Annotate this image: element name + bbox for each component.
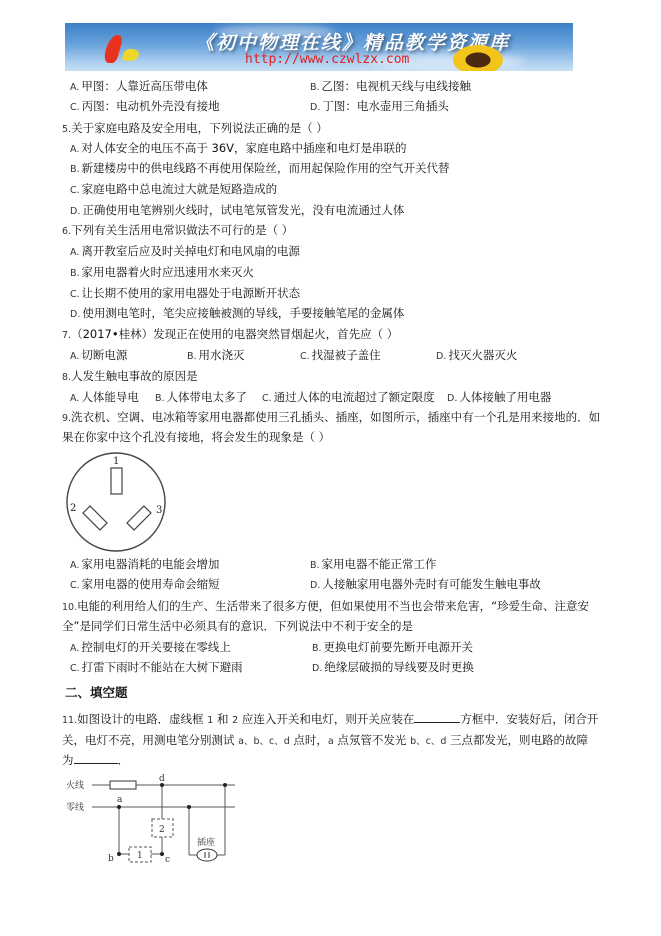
option-b: B.乙图：电视机天线与电线接触	[310, 79, 471, 95]
option-text: 人体带电太多了	[167, 390, 248, 404]
option-label: A.	[70, 144, 79, 155]
answer-blank-2[interactable]	[74, 763, 118, 764]
question-text: （2017•桂林）发现正在使用的电器突然冒烟起火，首先应（ ）	[71, 327, 398, 341]
header-banner: 《初中物理在线》精品教学资源库 http://www.czwlzx.com	[65, 23, 573, 71]
question-5-stem: 5.关于家庭电路及安全用电，下列说法正确的是（ ）	[62, 121, 328, 137]
option-text: 通过人体的电流超过了额定限度	[274, 390, 435, 404]
q6-option-c: C.让长期不使用的家用电器处于电源断开状态	[70, 286, 300, 302]
text-segment: 三点都发光，则电路的故障	[446, 733, 588, 747]
option-text: 对人体安全的电压不高于 36V，家庭电路中插座和电灯是串联的	[81, 141, 406, 155]
circuit-diagram: 火线 零线 a b c	[55, 770, 255, 870]
question-number: 9.	[62, 413, 71, 424]
option-label: C.	[70, 580, 80, 591]
option-text: 找灭火器灭火	[448, 348, 517, 362]
point-c-label: c	[165, 855, 170, 865]
option-text: 人接触家用电器外壳时有可能发生触电事故	[322, 577, 541, 591]
text-segment: 应连入开关和电灯，则开关应装在	[238, 712, 414, 726]
question-11-line3: 为．	[62, 753, 129, 767]
box-1-label: 1	[137, 851, 143, 861]
q8-option-a: A.人体能导电	[70, 390, 139, 406]
option-label: B.	[310, 560, 320, 571]
question-number: 10.	[62, 602, 77, 613]
option-a: A.甲图：人靠近高压带电体	[70, 79, 208, 95]
option-label: D.	[310, 580, 320, 591]
question-text: 关于家庭电路及安全用电，下列说法正确的是（ ）	[71, 121, 328, 135]
option-text: 家用电器的使用寿命会缩短	[82, 577, 220, 591]
option-label: C.	[70, 663, 80, 674]
option-text: 更换电灯前要先断开电源开关	[324, 640, 474, 654]
text-segment: 为	[62, 753, 74, 767]
live-wire-label: 火线	[66, 779, 84, 791]
banner-url: http://www.czwlzx.com	[245, 52, 409, 67]
option-text: 丙图：电动机外壳没有接地	[82, 99, 220, 113]
text-segment: ．	[118, 753, 130, 767]
option-text: 绝缘层破损的导线要及时更换	[324, 660, 474, 674]
text-segment: 点时，	[290, 733, 328, 747]
question-9-stem-line1: 9.洗衣机、空调、电冰箱等家用电器都使用三孔插头、插座，如图所示，插座中有一个孔…	[62, 410, 600, 426]
logo-yellow-icon	[121, 49, 141, 61]
option-text: 人体能导电	[81, 390, 139, 404]
neutral-wire-label: 零线	[66, 801, 84, 813]
option-label: D.	[310, 102, 320, 113]
question-6-stem: 6.下列有关生活用电常识做法不可行的是（ ）	[62, 223, 293, 239]
q9-option-c: C.家用电器的使用寿命会缩短	[70, 577, 220, 593]
question-text: 电能的利用给人们的生产、生活带来了很多方便，但如果使用不当也会带来危害，“珍爱生…	[77, 599, 589, 613]
point-d-label: d	[159, 774, 165, 784]
option-label: B.	[155, 393, 165, 404]
point-a-label: a	[117, 795, 123, 805]
question-number: 7.	[62, 330, 71, 341]
point-labels: b、c、d	[410, 736, 446, 747]
option-label: B.	[187, 351, 197, 362]
socket-label: 插座	[197, 836, 215, 848]
option-text: 使用测电笔时，笔尖应接触被测的导线，手要接触笔尾的金属体	[82, 306, 404, 320]
option-label: D.	[70, 206, 80, 217]
option-c: C.丙图：电动机外壳没有接地	[70, 99, 220, 115]
option-label: C.	[70, 289, 80, 300]
question-text: 人发生触电事故的原因是	[71, 369, 198, 383]
option-text: 乙图：电视机天线与电线接触	[322, 79, 472, 93]
hole-label-3: 3	[156, 505, 162, 516]
option-text: 人体接触了用电器	[459, 390, 551, 404]
q6-option-a: A.离开教室后应及时关掉电灯和电风扇的电源	[70, 244, 300, 260]
question-11-line2: 关，电灯不亮，用测电笔分别测试 a、b、c、d 点时，a 点氖管不发光 b、c、…	[62, 733, 588, 749]
question-text: 洗衣机、空调、电冰箱等家用电器都使用三孔插头、插座，如图所示，插座中有一个孔是用…	[71, 410, 600, 424]
q9-option-a: A.家用电器消耗的电能会增加	[70, 557, 219, 573]
option-label: C.	[70, 102, 80, 113]
hole-label-1: 1	[113, 456, 119, 467]
option-label: C.	[300, 351, 310, 362]
point-b-label: b	[108, 854, 114, 864]
text-segment: 点氖管不发光	[334, 733, 410, 747]
option-label: C.	[262, 393, 272, 404]
option-label: B.	[70, 164, 80, 175]
text-segment: 如图设计的电路．虚线框	[77, 712, 207, 726]
answer-blank-1[interactable]	[414, 722, 460, 723]
q10-option-d: D.绝缘层破损的导线要及时更换	[312, 660, 474, 676]
option-text: 找湿被子盖住	[312, 348, 381, 362]
option-text: 家用电器着火时应迅速用水来灭火	[82, 265, 255, 279]
three-hole-socket-figure: 1 2 3	[62, 450, 172, 555]
q5-option-b: B.新建楼房中的供电线路不再使用保险丝，而用起保险作用的空气开关代替	[70, 161, 450, 177]
question-10-stem-line2: 全”是同学们日常生活中必须具有的意识．下列说法中不利于安全的是	[62, 619, 413, 633]
text-segment: 和	[213, 712, 232, 726]
text-segment: 方框中．安装好后，闭合开	[460, 712, 598, 726]
q9-option-b: B.家用电器不能正常工作	[310, 557, 437, 573]
question-11-line1: 11.如图设计的电路．虚线框 1 和 2 应连入开关和电灯，则开关应装在方框中．…	[62, 712, 598, 728]
option-label: A.	[70, 393, 79, 404]
option-label: B.	[312, 643, 322, 654]
option-text: 丁图：电水壶用三角插头	[322, 99, 449, 113]
option-text: 家用电器消耗的电能会增加	[81, 557, 219, 571]
sunflower-icon	[453, 45, 503, 71]
q6-option-d: D.使用测电笔时，笔尖应接触被测的导线，手要接触笔尾的金属体	[70, 306, 404, 322]
option-label: D.	[447, 393, 457, 404]
q9-option-d: D.人接触家用电器外壳时有可能发生触电事故	[310, 577, 541, 593]
option-text: 家庭电路中总电流过大就是短路造成的	[82, 182, 278, 196]
question-text: 下列有关生活用电常识做法不可行的是（ ）	[71, 223, 293, 237]
option-label: A.	[70, 82, 79, 93]
option-label: B.	[310, 82, 320, 93]
q10-option-b: B.更换电灯前要先断开电源开关	[312, 640, 473, 656]
q5-option-d: D.正确使用电笔辨别火线时，试电笔氖管发光，没有电流通过人体	[70, 203, 404, 219]
section-heading: 二、填空题	[65, 683, 128, 701]
q5-option-c: C.家庭电路中总电流过大就是短路造成的	[70, 182, 277, 198]
option-text: 离开教室后应及时关掉电灯和电风扇的电源	[81, 244, 300, 258]
option-text: 让长期不使用的家用电器处于电源断开状态	[82, 286, 301, 300]
option-text: 控制电灯的开关要接在零线上	[81, 640, 231, 654]
question-7-stem: 7.（2017•桂林）发现正在使用的电器突然冒烟起火，首先应（ ）	[62, 327, 398, 343]
option-label: C.	[70, 185, 80, 196]
q10-option-a: A.控制电灯的开关要接在零线上	[70, 640, 231, 656]
option-label: A.	[70, 351, 79, 362]
q7-option-c: C.找湿被子盖住	[300, 348, 381, 364]
logo-red-icon	[102, 35, 124, 63]
q10-option-c: C.打雷下雨时不能站在大树下避雨	[70, 660, 243, 676]
option-label: A.	[70, 560, 79, 571]
q5-option-a: A.对人体安全的电压不高于 36V，家庭电路中插座和电灯是串联的	[70, 141, 407, 157]
q7-option-a: A.切断电源	[70, 348, 127, 364]
text-segment: 关，电灯不亮，用测电笔分别测试	[62, 733, 238, 747]
option-text: 用水浇灭	[199, 348, 245, 362]
question-number: 11.	[62, 715, 77, 726]
question-number: 8.	[62, 372, 71, 383]
q7-option-b: B.用水浇灭	[187, 348, 245, 364]
question-8-stem: 8.人发生触电事故的原因是	[62, 369, 198, 385]
option-text: 新建楼房中的供电线路不再使用保险丝，而用起保险作用的空气开关代替	[82, 161, 450, 175]
question-9-stem-line2: 果在你家中这个孔没有接地，将会发生的现象是（ ）	[62, 430, 330, 444]
option-d: D.丁图：电水壶用三角插头	[310, 99, 449, 115]
question-10-stem-line1: 10.电能的利用给人们的生产、生活带来了很多方便，但如果使用不当也会带来危害，“…	[62, 599, 589, 615]
option-label: D.	[312, 663, 322, 674]
hole-label-2: 2	[70, 503, 76, 514]
option-label: A.	[70, 643, 79, 654]
box-2-label: 2	[159, 825, 165, 835]
option-label: A.	[70, 247, 79, 258]
q8-option-b: B.人体带电太多了	[155, 390, 247, 406]
q7-option-d: D.找灭火器灭火	[436, 348, 517, 364]
q8-option-d: D.人体接触了用电器	[447, 390, 551, 406]
point-labels: a、b、c、d	[238, 736, 290, 747]
q8-option-c: C.通过人体的电流超过了额定限度	[262, 390, 435, 406]
option-text: 甲图：人靠近高压带电体	[81, 79, 208, 93]
option-label: D.	[436, 351, 446, 362]
q6-option-b: B.家用电器着火时应迅速用水来灭火	[70, 265, 254, 281]
option-text: 打雷下雨时不能站在大树下避雨	[82, 660, 243, 674]
option-label: B.	[70, 268, 80, 279]
option-label: D.	[70, 309, 80, 320]
option-text: 正确使用电笔辨别火线时，试电笔氖管发光，没有电流通过人体	[82, 203, 404, 217]
question-number: 6.	[62, 226, 71, 237]
question-number: 5.	[62, 124, 71, 135]
option-text: 切断电源	[81, 348, 127, 362]
option-text: 家用电器不能正常工作	[322, 557, 437, 571]
